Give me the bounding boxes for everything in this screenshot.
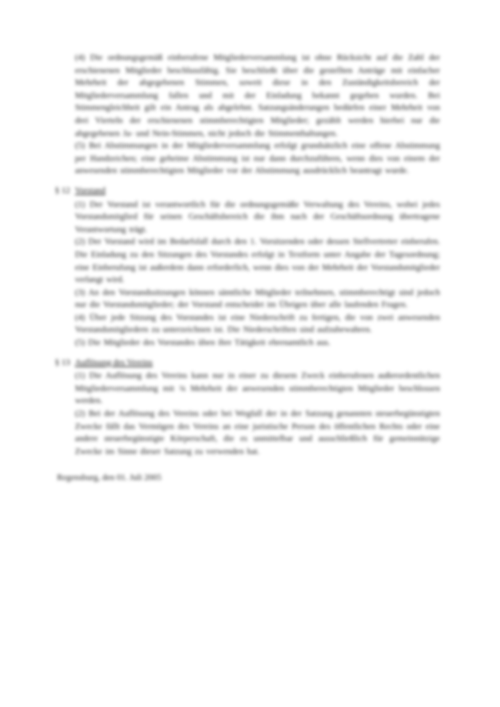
section-paragraph: (1) Die Auflösung des Vereins kann nur i…: [75, 369, 440, 407]
leading-paragraph-5: (5) Bei Abstimmungen in der Mitgliederve…: [75, 139, 440, 177]
section-title: Vorstand: [75, 185, 105, 195]
document-page: (4) Die ordnungsgemäß einberufene Mitgli…: [0, 0, 500, 707]
section-paragraph: (2) Bei der Auflösung des Vereins oder b…: [75, 407, 440, 457]
document-content: (4) Die ordnungsgemäß einberufene Mitgli…: [75, 51, 440, 484]
section-paragraph: (3) An den Vorstandssitzungen können säm…: [75, 286, 440, 311]
date-line: Regensburg, den 01. Juli 2005: [57, 471, 440, 484]
section-paragraph: (5) Die Mitglieder des Vorstandes üben i…: [75, 336, 440, 349]
section-label: § 12: [55, 184, 70, 197]
section-label: § 13: [55, 356, 70, 369]
section-paragraph: (4) Über jede Sitzung des Vorstandes ist…: [75, 311, 440, 336]
section-paragraph: (2) Der Vorstand wird im Bedarfsfall dur…: [75, 235, 440, 285]
section-heading-vorstand: § 12 Vorstand: [75, 184, 440, 197]
section-title: Auflösung des Vereins: [75, 357, 153, 367]
section-paragraph: (1) Der Vorstand ist verantwortlich für …: [75, 198, 440, 236]
section-heading-aufloesung: § 13 Auflösung des Vereins: [75, 356, 440, 369]
leading-paragraph-4: (4) Die ordnungsgemäß einberufene Mitgli…: [75, 51, 440, 139]
